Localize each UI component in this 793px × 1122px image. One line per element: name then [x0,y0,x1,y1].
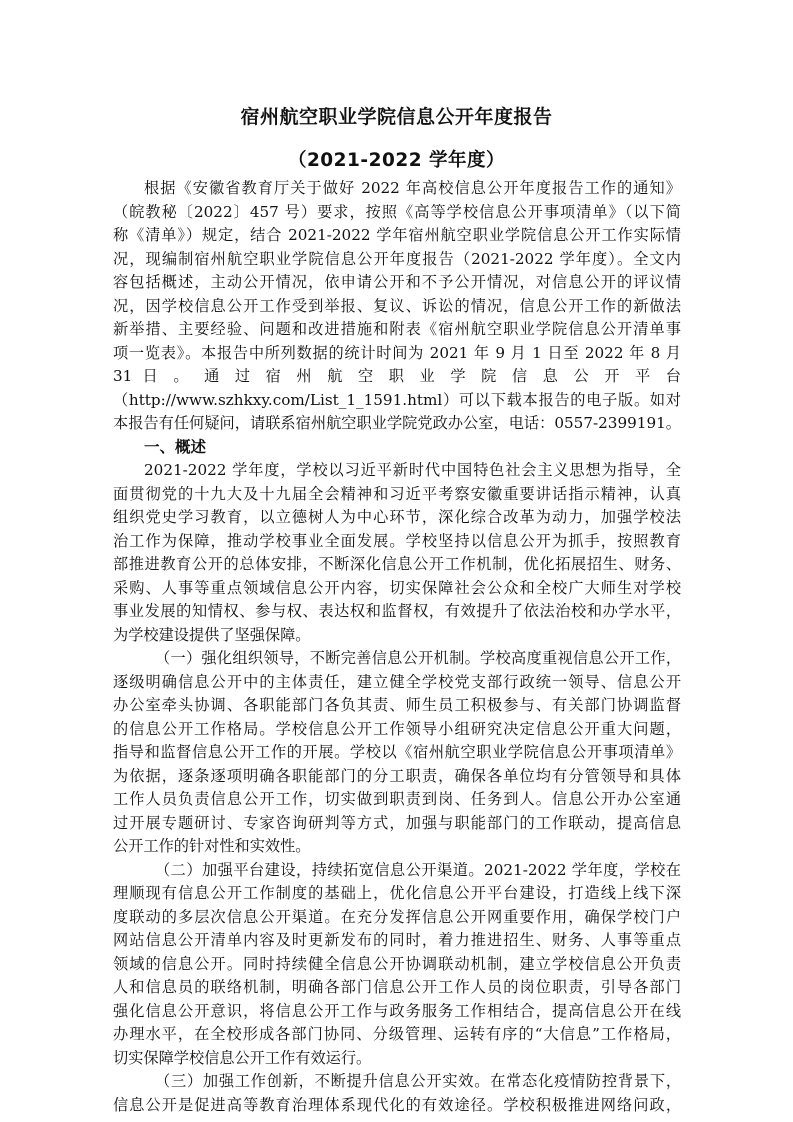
text-line: 新举措、主要经验、问题和改进措施和附表《宿州航空职业学院信息公开清单事 [113,318,681,342]
text-line: 况，现编制宿州航空职业学院信息公开年度报告（2021-2022 学年度）。全文内 [113,248,681,272]
text-line: （皖教秘〔2022〕457 号）要求，按照《高等学校信息公开事项清单》（以下简 [113,201,681,225]
text-line: 本报告有任何疑问，请联系宿州航空职业学院党政办公室，电话：0557-239919… [113,412,681,436]
text-line: 办理水平，在全校形成各部门协同、分级管理、运转有序的“大信息”工作格局， [113,1023,681,1047]
text-line: 切实保障学校信息公开工作有效运行。 [113,1047,681,1071]
document-subtitle: （2021-2022 学年度） [0,146,793,172]
text-line: 过开展专题研讨、专家咨询研判等方式，加强与职能部门的工作联动，提高信息 [113,812,681,836]
text-line: 的信息公开工作格局。学校信息公开工作领导小组研究决定信息公开重大问题， [113,718,681,742]
text-line: 网站信息公开清单内容及时更新发布的同时，着力推进招生、财务、人事等重点 [113,929,681,953]
text-line: 为依据，逐条逐项明确各职能部门的分工职责，确保各单位均有分管领导和具体 [113,765,681,789]
text-line: 组织党史学习教育，以立德树人为中心环节，深化综合改革为动力，加强学校法 [113,506,681,530]
text-line: 公开工作的针对性和实效性。 [113,835,681,859]
text-line: 根据《安徽省教育厅关于做好 2022 年高校信息公开年度报告工作的通知》 [113,177,681,201]
text-line: 事业发展的知情权、参与权、表达权和监督权，有效提升了依法治校和办学水平， [113,600,681,624]
text-line: 部推进教育公开的总体安排，不断深化信息公开工作机制，优化拓展招生、财务、 [113,553,681,577]
text-line: 理顺现有信息公开工作制度的基础上，优化信息公开平台建设，打造线上线下深 [113,882,681,906]
text-line: 办公室牵头协调、各职能部门各负其责、师生员工积极参与、有关部门协调监督 [113,694,681,718]
text-line: 治工作为保障，推动学校事业全面发展。学校坚持以信息公开为抓手，按照教育 [113,530,681,554]
text-line: 称《清单》）规定，结合 2021-2022 学年宿州航空职业学院信息公开工作实际… [113,224,681,248]
text-line: 面贯彻党的十九大及十九届全会精神和习近平考察安徽重要讲话指示精神，认真 [113,483,681,507]
text-line: 强化信息公开意识，将信息公开工作与政务服务工作相结合，提高信息公开在线 [113,1000,681,1024]
document-body: 根据《安徽省教育厅关于做好 2022 年高校信息公开年度报告工作的通知》（皖教秘… [113,177,681,1117]
text-line: 人和信息员的联络机制，明确各部门信息公开工作人员的岗位职责，引导各部门 [113,976,681,1000]
document-title: 宿州航空职业学院信息公开年度报告 [0,102,793,129]
text-line: 2021-2022 学年度，学校以习近平新时代中国特色社会主义思想为指导，全 [113,459,681,483]
text-line: 信息公开是促进高等教育治理体系现代化的有效途径。学校积极推进网络问政， [113,1094,681,1118]
text-line: 项一览表》。本报告中所列数据的统计时间为 2021 年 9 月 1 日至 202… [113,342,681,366]
text-line: 逐级明确信息公开中的主体责任，建立健全学校党支部行政统一领导、信息公开 [113,671,681,695]
text-line: （http://www.szhkxy.com/List_1_1591.html）… [113,389,681,413]
text-line: 领域的信息公开。同时持续健全信息公开协调联动机制，建立学校信息公开负责 [113,953,681,977]
text-line: （二）加强平台建设，持续拓宽信息公开渠道。2021-2022 学年度，学校在 [113,859,681,883]
text-line: 指导和监督信息公开工作的开展。学校以《宿州航空职业学院信息公开事项清单》 [113,741,681,765]
text-line: 31 日 。 通 过 宿 州 航 空 职 业 学 院 信 息 公 开 平 台 [113,365,681,389]
text-line: （三）加强工作创新，不断提升信息公开实效。在常态化疫情防控背景下， [113,1070,681,1094]
text-line: 况，因学校信息公开工作受到举报、复议、诉讼的情况，信息公开工作的新做法 [113,295,681,319]
text-line: 为学校建设提供了坚强保障。 [113,624,681,648]
text-line: 采购、人事等重点领域信息公开内容，切实保障社会公众和全校广大师生对学校 [113,577,681,601]
text-line: （一）强化组织领导，不断完善信息公开机制。学校高度重视信息公开工作， [113,647,681,671]
document-page: 宿州航空职业学院信息公开年度报告 （2021-2022 学年度） 根据《安徽省教… [0,0,793,1122]
section-heading: 一、概述 [113,436,681,460]
text-line: 容包括概述，主动公开情况，依申请公开和不予公开情况，对信息公开的评议情 [113,271,681,295]
text-line: 工作人员负责信息公开工作，切实做到职责到岗、任务到人。信息公开办公室通 [113,788,681,812]
text-line: 度联动的多层次信息公开渠道。在充分发挥信息公开网重要作用，确保学校门户 [113,906,681,930]
